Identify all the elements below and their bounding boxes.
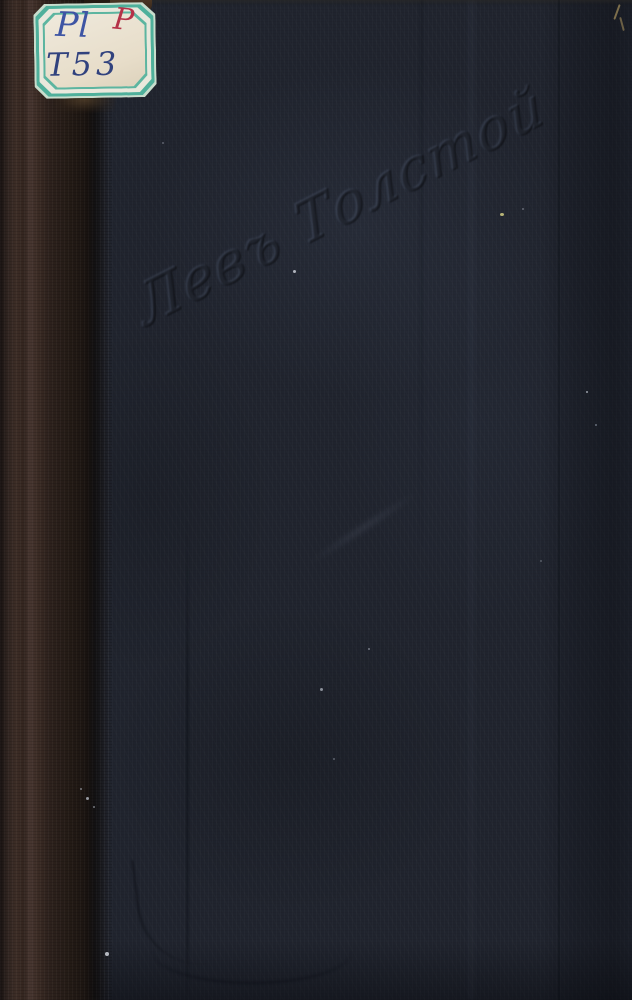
cover-edge-streak (558, 0, 560, 1000)
speck (86, 797, 89, 800)
spine-hinge-shadow (84, 0, 106, 1000)
embossed-signature: Левъ Толстой (129, 69, 554, 344)
cover-seam-streak (186, 0, 189, 1000)
speck (162, 142, 164, 144)
book-cover-photo: Левъ Толстой Pl P T53 (0, 0, 632, 1000)
library-label: Pl P T53 (33, 2, 157, 99)
speck (595, 424, 597, 426)
speck (333, 758, 335, 760)
crease-line (152, 918, 352, 984)
fiber-thread (619, 17, 625, 31)
speck (293, 270, 296, 273)
scuff-mark (305, 488, 421, 569)
speck (586, 391, 588, 393)
speck (105, 952, 109, 956)
red-letter-p: P (112, 2, 136, 39)
speck (500, 213, 504, 216)
speck (540, 560, 542, 562)
speck (93, 806, 95, 808)
shelfmark-line2: T53 (46, 45, 121, 84)
speck (368, 648, 370, 650)
speck (80, 788, 82, 790)
speck (522, 208, 524, 210)
shelfmark-line1: Pl (55, 5, 90, 46)
speck (320, 688, 323, 691)
